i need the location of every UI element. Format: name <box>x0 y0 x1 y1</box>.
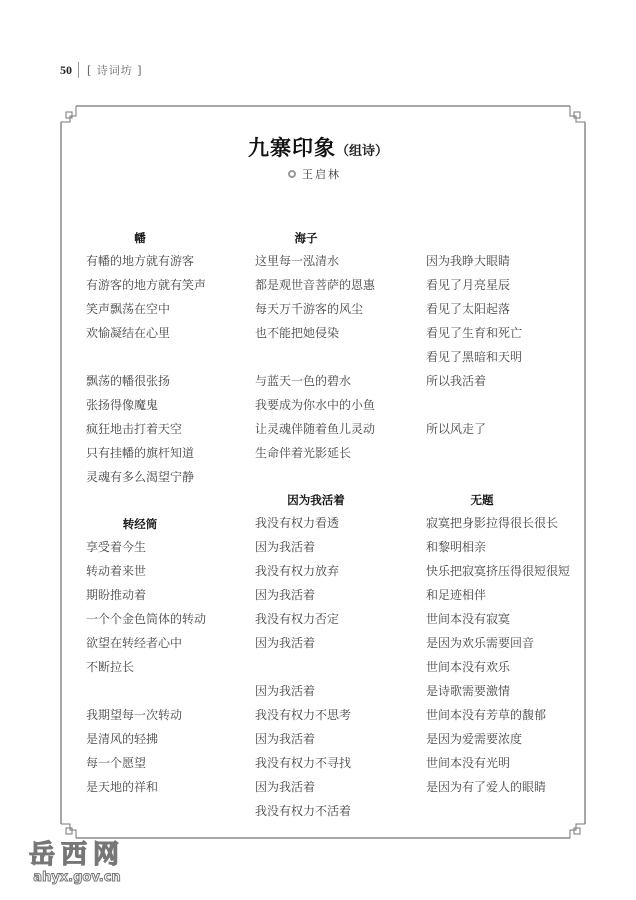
poem-line: 世间本没有芳草的馥郁 <box>426 703 570 727</box>
poem-line: 看见了黑暗和天明 <box>426 345 522 369</box>
poem-body: 我没有权力看透 因为我活着 我没有权力放弃 因为我活着 我没有权力否定 因为我活… <box>255 511 351 823</box>
poem-line: 是诗歌需要激情 <box>426 679 570 703</box>
poem-line: 和足迹相伴 <box>426 583 570 607</box>
poem-line: 有幡的地方就有游客 <box>86 249 206 273</box>
poem-line: 因为我活着 <box>255 631 351 655</box>
poem-line: 一个个金色筒体的转动 <box>86 607 206 631</box>
stanza-break <box>255 345 375 369</box>
poem-title: 转经筒 <box>80 516 200 532</box>
poem-line: 转动着来世 <box>86 559 206 583</box>
article-title: 九寨印象 <box>248 136 336 160</box>
poem-line: 也不能把她侵染 <box>255 321 375 345</box>
stanza-break <box>426 393 522 417</box>
poem-line: 是因为有了爱人的眼睛 <box>426 775 570 799</box>
poem-line: 是天地的祥和 <box>86 775 206 799</box>
poem-line: 我期望每一次转动 <box>86 703 206 727</box>
poem-line: 不断拉长 <box>86 655 206 679</box>
poem-line: 因为我活着 <box>255 583 351 607</box>
poem-line: 快乐把寂寞挤压得很短很短 <box>426 559 570 583</box>
stanza-break <box>255 655 351 679</box>
poem-line: 张扬得像魔鬼 <box>86 393 206 417</box>
poem-line: 因为我活着 <box>255 727 351 751</box>
poem-line: 所以风走了 <box>426 417 522 441</box>
poem-line: 看见了月亮星辰 <box>426 273 522 297</box>
poem-line: 每一个愿望 <box>86 751 206 775</box>
poem-line: 每天万千游客的风尘 <box>255 297 375 321</box>
corner-knot-top-left <box>66 112 72 118</box>
poem-line: 因为我睁大眼睛 <box>426 249 522 273</box>
poem-line: 我没有权力否定 <box>255 607 351 631</box>
poem-title: 因为我活着 <box>256 492 376 508</box>
poem-line: 这里每一泓清水 <box>255 249 375 273</box>
author-name: 王启林 <box>302 166 341 182</box>
poem-line: 和黎明相亲 <box>426 535 570 559</box>
poem-line: 我要成为你水中的小鱼 <box>255 393 375 417</box>
poem-body: 这里每一泓清水 都是观世音菩萨的恩惠 每天万千游客的风尘 也不能把她侵染 与蓝天… <box>255 249 375 465</box>
poem-line: 因为我活着 <box>255 775 351 799</box>
poem-body: 享受着今生 转动着来世 期盼推动着 一个个金色筒体的转动 欲望在转经者心中 不断… <box>86 535 206 799</box>
watermark: 岳西网 ahyx.gov.cn <box>22 840 132 886</box>
poem-line: 看见了生育和死亡 <box>426 321 522 345</box>
poem-line: 我没有权力看透 <box>255 511 351 535</box>
watermark-logo-text: 岳西网 <box>22 840 132 870</box>
poem-body: 寂寞把身影拉得很长很长 和黎明相亲 快乐把寂寞挤压得很短很短 和足迹相伴 世间本… <box>426 511 570 799</box>
poem-line: 飘荡的幡很张扬 <box>86 369 206 393</box>
poem-line: 我没有权力不思考 <box>255 703 351 727</box>
poem-line: 让灵魂伴随着鱼儿灵动 <box>255 417 375 441</box>
poem-line: 世间本没有寂寞 <box>426 607 570 631</box>
poem-line: 疯狂地击打着天空 <box>86 417 206 441</box>
poem-line: 与蓝天一色的碧水 <box>255 369 375 393</box>
poem-line: 所以我活着 <box>426 369 522 393</box>
article-subtitle: （组诗） <box>336 144 388 159</box>
poem-line: 是清风的轻拂 <box>86 727 206 751</box>
running-header: 50 [ 诗词坊 ] <box>60 62 143 78</box>
page-number: 50 <box>60 63 72 78</box>
header-divider <box>78 62 79 78</box>
poem-line: 我没有权力不活着 <box>255 799 351 823</box>
poem-title: 幡 <box>80 230 200 246</box>
poem-body-continued: 因为我睁大眼睛 看见了月亮星辰 看见了太阳起落 看见了生育和死亡 看见了黑暗和天… <box>426 249 522 441</box>
poem-line: 是因为欢乐需要回音 <box>426 631 570 655</box>
poem-body: 有幡的地方就有游客 有游客的地方就有笑声 笑声飘荡在空中 欢愉凝结在心里 飘荡的… <box>86 249 206 489</box>
poem-line: 因为我活着 <box>255 679 351 703</box>
poem-line: 是因为爱需要浓度 <box>426 727 570 751</box>
poem-line: 生命伴着光影延长 <box>255 441 375 465</box>
poem-line: 笑声飘荡在空中 <box>86 297 206 321</box>
section-name: [ 诗词坊 ] <box>87 62 143 78</box>
poem-title: 海子 <box>246 230 366 246</box>
stanza-break <box>86 345 206 369</box>
poem-line: 我没有权力不寻找 <box>255 751 351 775</box>
watermark-url: ahyx.gov.cn <box>22 870 132 886</box>
poem-line: 我没有权力放弃 <box>255 559 351 583</box>
poem-line: 世间本没有欢乐 <box>426 655 570 679</box>
poem-line: 期盼推动着 <box>86 583 206 607</box>
circle-bullet-icon <box>288 170 296 178</box>
author-line: 王启林 <box>288 166 341 182</box>
poem-line: 世间本没有光明 <box>426 751 570 775</box>
poem-line: 欢愉凝结在心里 <box>86 321 206 345</box>
poem-title: 无题 <box>422 492 542 508</box>
poem-line: 寂寞把身影拉得很长很长 <box>426 511 570 535</box>
poem-line: 都是观世音菩萨的恩惠 <box>255 273 375 297</box>
poem-line: 欲望在转经者心中 <box>86 631 206 655</box>
poem-line: 享受着今生 <box>86 535 206 559</box>
poem-line: 看见了太阳起落 <box>426 297 522 321</box>
poem-line: 有游客的地方就有笑声 <box>86 273 206 297</box>
article-title-block: 九寨印象（组诗） <box>0 132 636 162</box>
poem-line: 灵魂有多么渴望宁静 <box>86 465 206 489</box>
poem-line: 只有挂幡的旗杆知道 <box>86 441 206 465</box>
poem-line: 因为我活着 <box>255 535 351 559</box>
stanza-break <box>86 679 206 703</box>
